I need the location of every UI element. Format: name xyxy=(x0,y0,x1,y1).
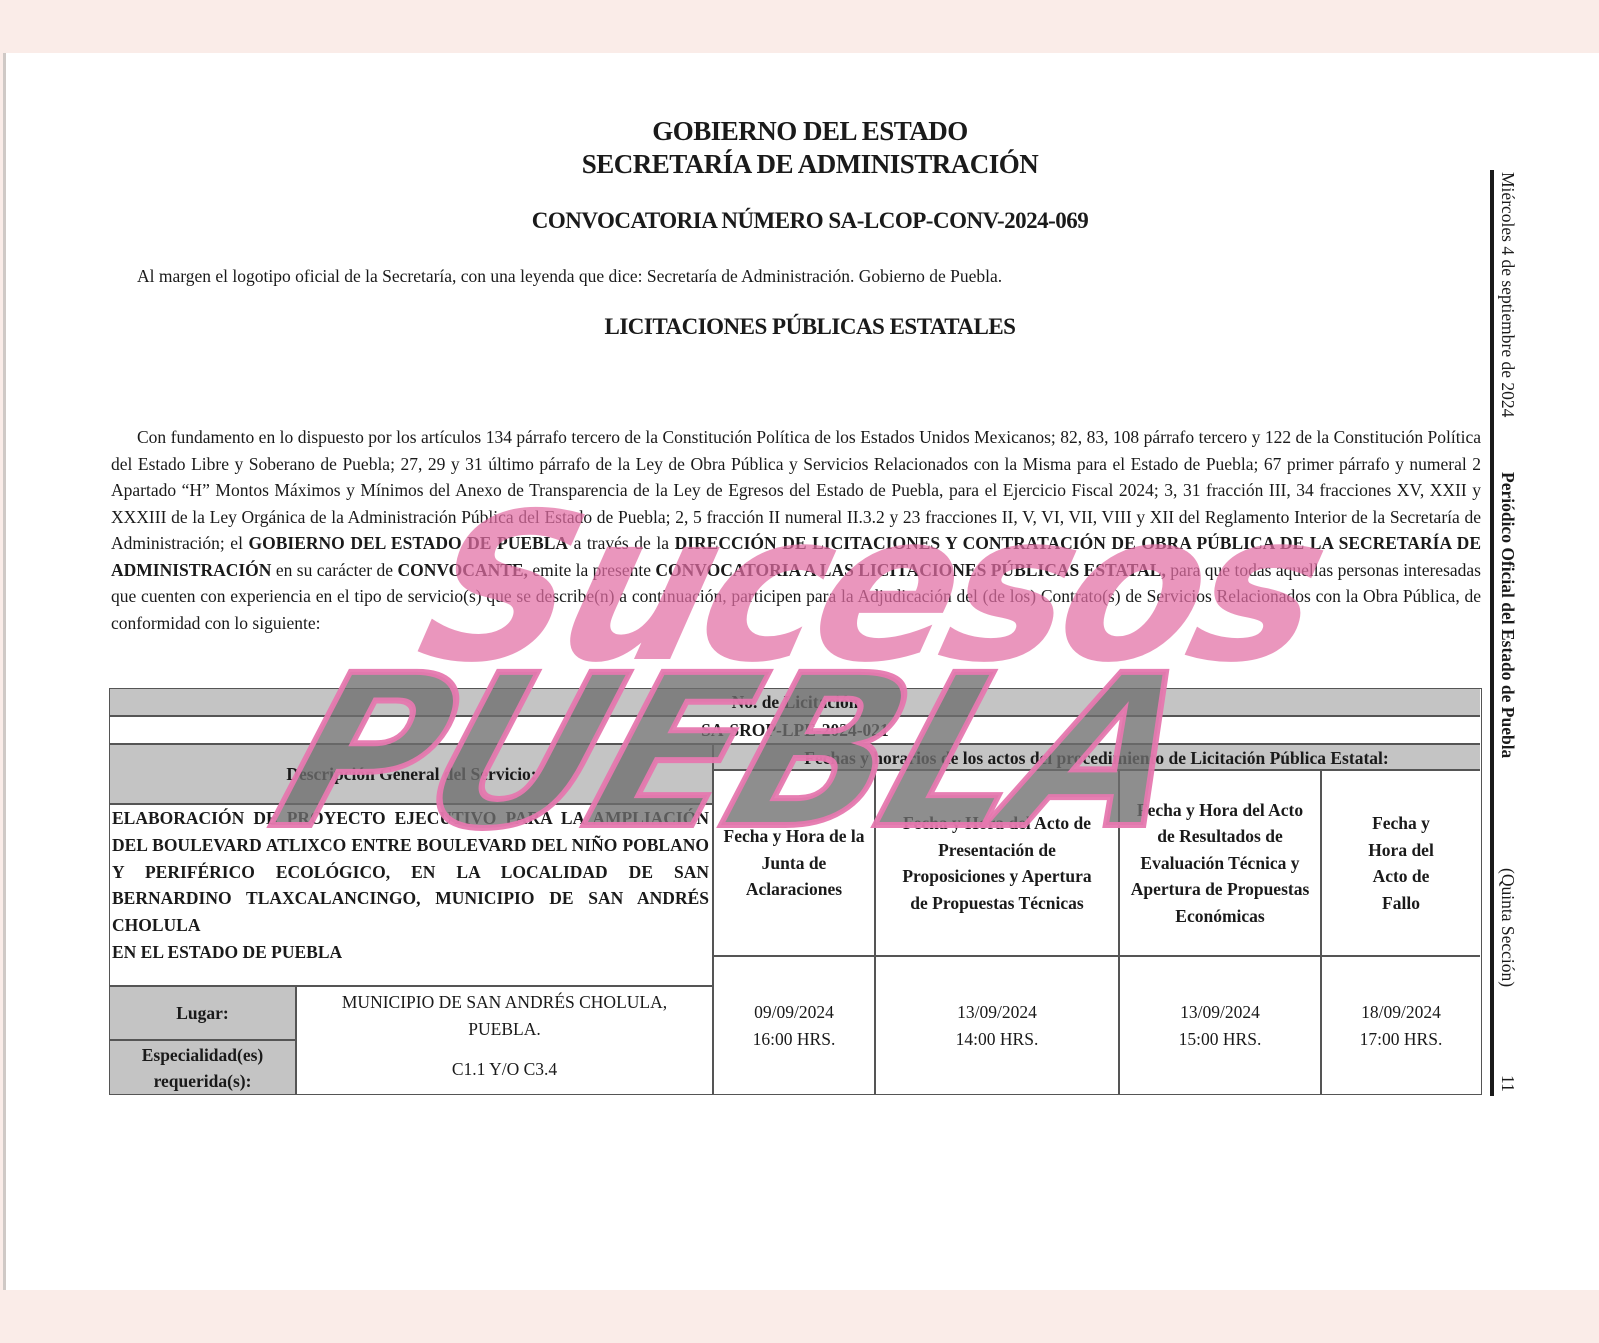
intro-text: a través de la xyxy=(568,533,675,553)
descripcion-label: Descripción General del Servicio: xyxy=(110,745,713,803)
fechas-label: Fechas y horarios de los actos del proce… xyxy=(713,745,1480,771)
header-government: GOBIERNO DEL ESTADO xyxy=(0,116,1599,147)
no-licitacion-label: No. de Licitación xyxy=(110,689,1480,715)
descripcion-text: ELABORACIÓN DE PROYECTO EJECUTIVO PARA L… xyxy=(112,808,709,935)
date-value: 13/09/2024 xyxy=(957,999,1037,1026)
column-header-presentacion: Fecha y Hora del Acto de Presentación de… xyxy=(876,771,1118,955)
lugar-label: Lugar: xyxy=(110,987,295,1039)
section-title: LICITACIONES PÚBLICAS ESTATALES xyxy=(0,314,1599,340)
intro-paragraph: Con fundamento en lo dispuesto por los a… xyxy=(111,424,1481,636)
column-header-fallo: Fecha y Hora del Acto de Fallo xyxy=(1322,771,1480,955)
date-presentacion: 13/09/2024 14:00 HRS. xyxy=(876,957,1118,1095)
date-value: 18/09/2024 xyxy=(1361,999,1441,1026)
licitacion-table: No. de Licitación SA-SROP-LPE-2024-021 D… xyxy=(109,688,1482,1095)
time-value: 14:00 HRS. xyxy=(956,1026,1039,1053)
side-rule xyxy=(1490,170,1494,1096)
date-value: 09/09/2024 xyxy=(754,999,834,1026)
intro-text: en su carácter de xyxy=(271,560,397,580)
side-publication: Periódico Oficial del Estado de Puebla xyxy=(1497,472,1518,758)
no-licitacion-value: SA-SROP-LPE-2024-021 xyxy=(110,717,1480,743)
lugar-value: MUNICIPIO DE SAN ANDRÉS CHOLULA, PUEBLA. xyxy=(297,989,712,1043)
date-fallo: 18/09/2024 17:00 HRS. xyxy=(1322,957,1480,1095)
date-value: 13/09/2024 xyxy=(1180,999,1260,1026)
intro-text: emite la presente xyxy=(528,560,655,580)
header-secretariat: SECRETARÍA DE ADMINISTRACIÓN xyxy=(0,149,1599,180)
date-junta: 09/09/2024 16:00 HRS. xyxy=(714,957,874,1095)
intro-bold: GOBIERNO DEL ESTADO DE PUEBLA xyxy=(249,533,569,553)
side-date: Miércoles 4 de septiembre de 2024 xyxy=(1497,172,1518,417)
intro-bold: CONVOCATORIA A LAS LICITACIONES PÚBLICAS… xyxy=(655,560,1165,580)
intro-bold: CONVOCANTE, xyxy=(398,560,528,580)
column-header-resultados: Fecha y Hora del Acto de Resultados de E… xyxy=(1120,771,1320,955)
side-section: (Quinta Sección) xyxy=(1497,868,1518,987)
date-resultados: 13/09/2024 15:00 HRS. xyxy=(1120,957,1320,1095)
especialidad-label: Especialidad(es) requerida(s): xyxy=(110,1041,295,1094)
convocatoria-number: CONVOCATORIA NÚMERO SA-LCOP-CONV-2024-06… xyxy=(0,208,1599,234)
descripcion-last-line: EN EL ESTADO DE PUEBLA xyxy=(112,939,709,966)
especialidad-value: C1.1 Y/O C3.4 xyxy=(297,1051,712,1087)
page-number: 11 xyxy=(1497,1075,1518,1092)
document-page xyxy=(3,53,1599,1290)
time-value: 16:00 HRS. xyxy=(753,1026,836,1053)
time-value: 17:00 HRS. xyxy=(1360,1026,1443,1053)
margin-note: Al margen el logotipo oficial de la Secr… xyxy=(137,266,1002,287)
time-value: 15:00 HRS. xyxy=(1179,1026,1262,1053)
descripcion-value: ELABORACIÓN DE PROYECTO EJECUTIVO PARA L… xyxy=(111,805,710,966)
column-header-junta: Fecha y Hora de la Junta de Aclaraciones xyxy=(714,771,874,955)
